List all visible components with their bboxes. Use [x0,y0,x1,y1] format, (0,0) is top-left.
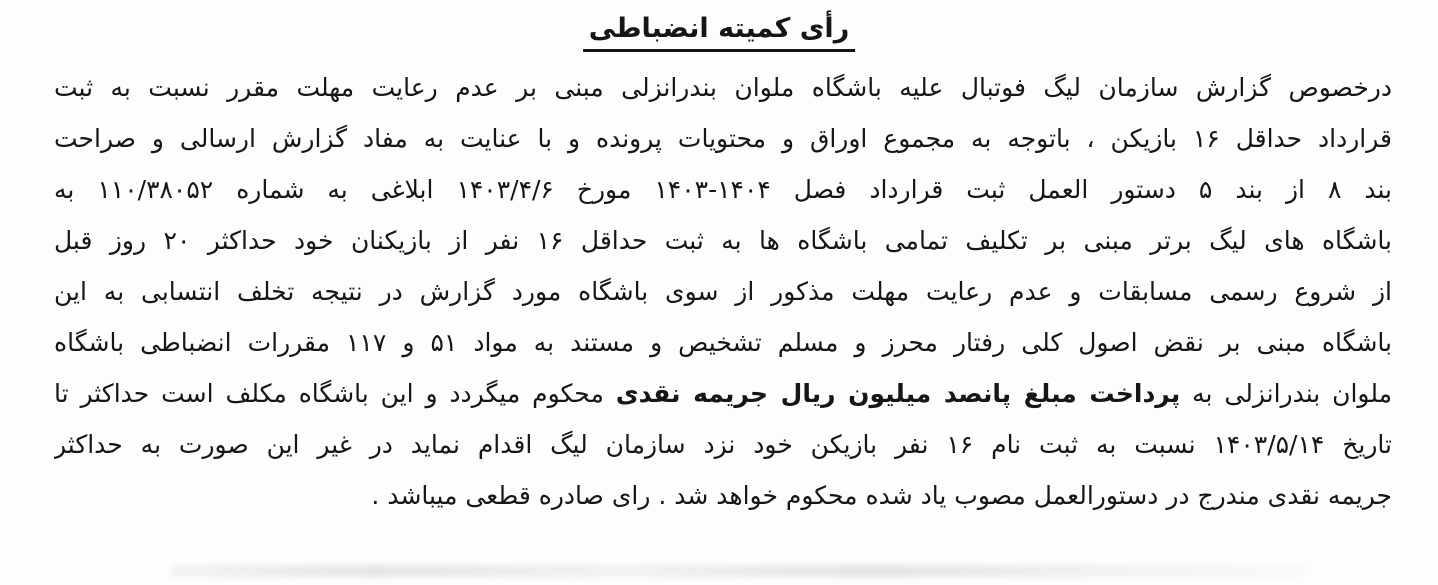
document-title-text: رأی کمیته انضباطی [583,13,855,52]
document-title: رأی کمیته انضباطی [0,0,1438,52]
body-line-1: درخصوص گزارش سازمان لیگ فوتبال علیه باشگ… [54,62,1392,113]
body-line-7-post: محکوم میگردد و این باشگاه مکلف است حداکث… [54,379,616,408]
document-body: درخصوص گزارش سازمان لیگ فوتبال علیه باشگ… [0,52,1438,521]
scanner-artifact [170,565,1308,577]
body-line-2: قرارداد حداقل ۱۶ بازیکن ، باتوجه به مجمو… [54,113,1392,164]
body-line-4: باشگاه های لیگ برتر مبنی بر تکلیف تمامی … [54,215,1392,266]
document-page: رأی کمیته انضباطی درخصوص گزارش سازمان لی… [0,0,1438,585]
body-line-7-pre: ملوان بندرانزلی به [1180,379,1392,408]
body-line-8: تاریخ ۱۴۰۳/۵/۱۴ نسبت به ثبت نام ۱۶ نفر ب… [54,419,1392,470]
fine-amount-bold-text: پرداخت مبلغ پانصد میلیون ریال جریمه نقدی [616,379,1180,408]
body-line-5: از شروع رسمی مسابقات و عدم رعایت مهلت مذ… [54,266,1392,317]
body-line-3: بند ۸ از بند ۵ دستور العمل ثبت قرارداد ف… [54,164,1392,215]
body-line-9: جریمه نقدی مندرج در دستورالعمل مصوب یاد … [54,470,1392,521]
body-line-6: باشگاه مبنی بر نقض اصول کلی رفتار محرز و… [54,317,1392,368]
body-line-7: ملوان بندرانزلی به پرداخت مبلغ پانصد میل… [54,368,1392,419]
